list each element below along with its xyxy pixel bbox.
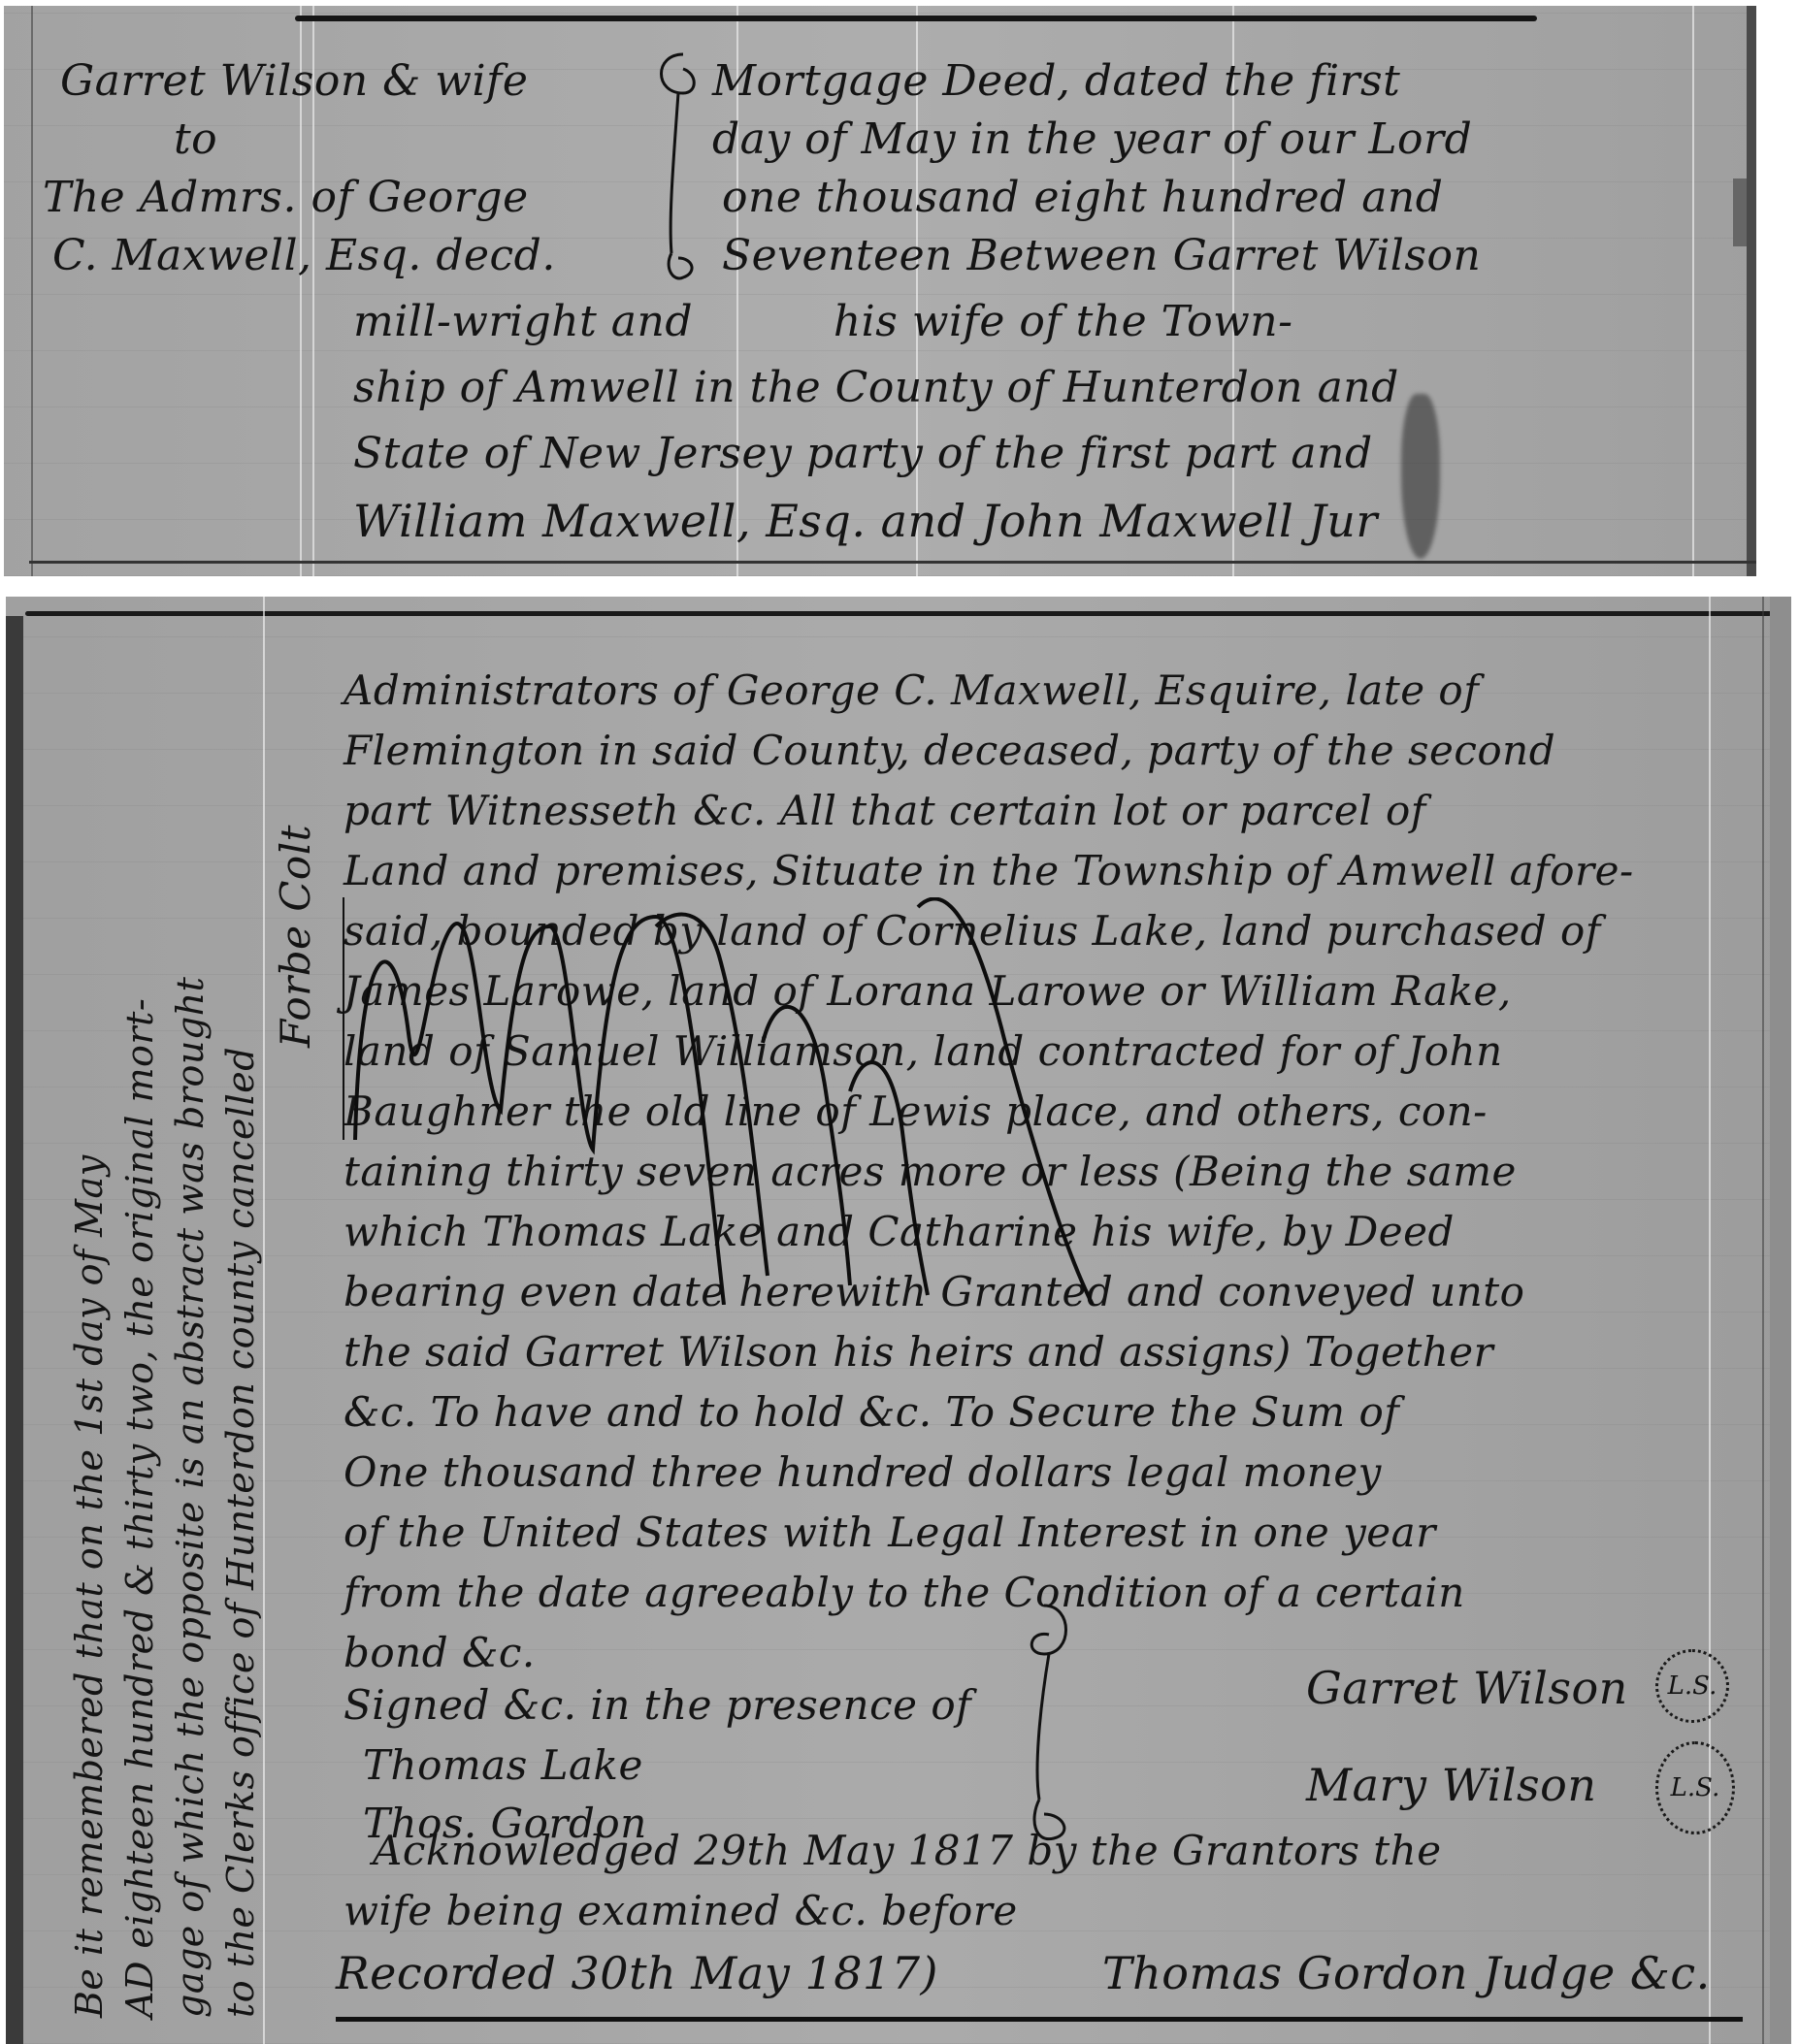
top-rule: [295, 16, 1537, 21]
ledger-rule: [1692, 6, 1694, 576]
deed-line: of the United States with Legal Interest…: [343, 1509, 1436, 1556]
deed-line: from the date agreeably to the Condition…: [343, 1569, 1465, 1616]
caption-line: Garret Wilson & wife: [60, 56, 528, 106]
caption-line: The Admrs. of George: [43, 173, 529, 222]
deed-line: the said Garret Wilson his heirs and ass…: [343, 1328, 1493, 1376]
margin-note-line: Be it remembered that on the 1st day of …: [68, 1154, 111, 2018]
acknowledgment-line: wife being examined &c. before: [343, 1887, 1018, 1934]
margin-signature: Forbe Colt: [272, 825, 319, 1048]
caption-line: C. Maxwell, Esq. decd.: [52, 231, 556, 280]
witness-label: Signed &c. in the presence of: [343, 1681, 971, 1729]
cancellation-scribble: [336, 897, 1112, 1305]
margin-note-line: gage of which the opposite is an abstrac…: [169, 977, 212, 2018]
deed-line: ship of Amwell in the County of Hunterdo…: [353, 363, 1399, 412]
deed-line: &c. To have and to hold &c. To Secure th…: [343, 1388, 1399, 1436]
margin-note-line: AD eighteen hundred & thirty two, the or…: [118, 998, 161, 2018]
deed-line: mill-wright and his wife of the Town-: [353, 297, 1292, 346]
deed-line: Administrators of George C. Maxwell, Esq…: [343, 666, 1479, 714]
witness-name: Thomas Lake: [363, 1741, 643, 1789]
page-tab: [1733, 178, 1747, 246]
page-edge-shadow: [1770, 597, 1791, 2044]
grantor-signature: Garret Wilson: [1306, 1662, 1628, 1714]
deed-line: one thousand eight hundred and: [722, 173, 1443, 222]
bottom-rule: [336, 2017, 1743, 2022]
margin-rule: [31, 6, 33, 576]
scan-top-fragment: Garret Wilson & wife to The Admrs. of Ge…: [4, 6, 1756, 576]
acknowledgment-line: Acknowledged 29th May 1817 by the Granto…: [373, 1827, 1442, 1874]
margin-note-line: to the Clerks office of Hunterdon county…: [219, 1047, 262, 2018]
recorded-date: Recorded 30th May 1817): [336, 1947, 938, 1999]
deed-line: day of May in the year of our Lord: [712, 114, 1472, 164]
deed-line: One thousand three hundred dollars legal…: [343, 1448, 1382, 1496]
deed-line: Land and premises, Situate in the Townsh…: [343, 847, 1634, 894]
deed-line: State of New Jersey party of the first p…: [353, 429, 1373, 478]
deed-line: Flemington in said County, deceased, par…: [343, 727, 1555, 774]
margin-cancellation-note: Be it remembered that on the 1st day of …: [68, 660, 359, 2018]
page-edge: [1762, 597, 1764, 2044]
brace-icon: [644, 45, 712, 287]
binding-edge: [6, 616, 23, 2044]
deed-line: bond &c.: [343, 1629, 536, 1676]
brace-icon: [1015, 1596, 1083, 1848]
top-rule: [25, 611, 1772, 616]
caption-line: to: [174, 114, 217, 164]
deed-line: Seventeen Between Garret Wilson: [722, 231, 1481, 280]
judge-signature: Thomas Gordon Judge &c.: [1102, 1947, 1711, 1999]
page-edge: [1747, 6, 1756, 576]
seal-ls: L.S.: [1655, 1649, 1729, 1723]
grantor-signature: Mary Wilson: [1306, 1759, 1596, 1811]
deed-line: Mortgage Deed, dated the first: [712, 56, 1400, 106]
ink-stain: [1401, 394, 1440, 559]
bottom-rule: [29, 561, 1756, 564]
deed-line: William Maxwell, Esq. and John Maxwell J…: [353, 495, 1378, 547]
deed-line: part Witnesseth &c. All that certain lot…: [343, 787, 1426, 834]
seal-ls: L.S.: [1655, 1741, 1735, 1834]
